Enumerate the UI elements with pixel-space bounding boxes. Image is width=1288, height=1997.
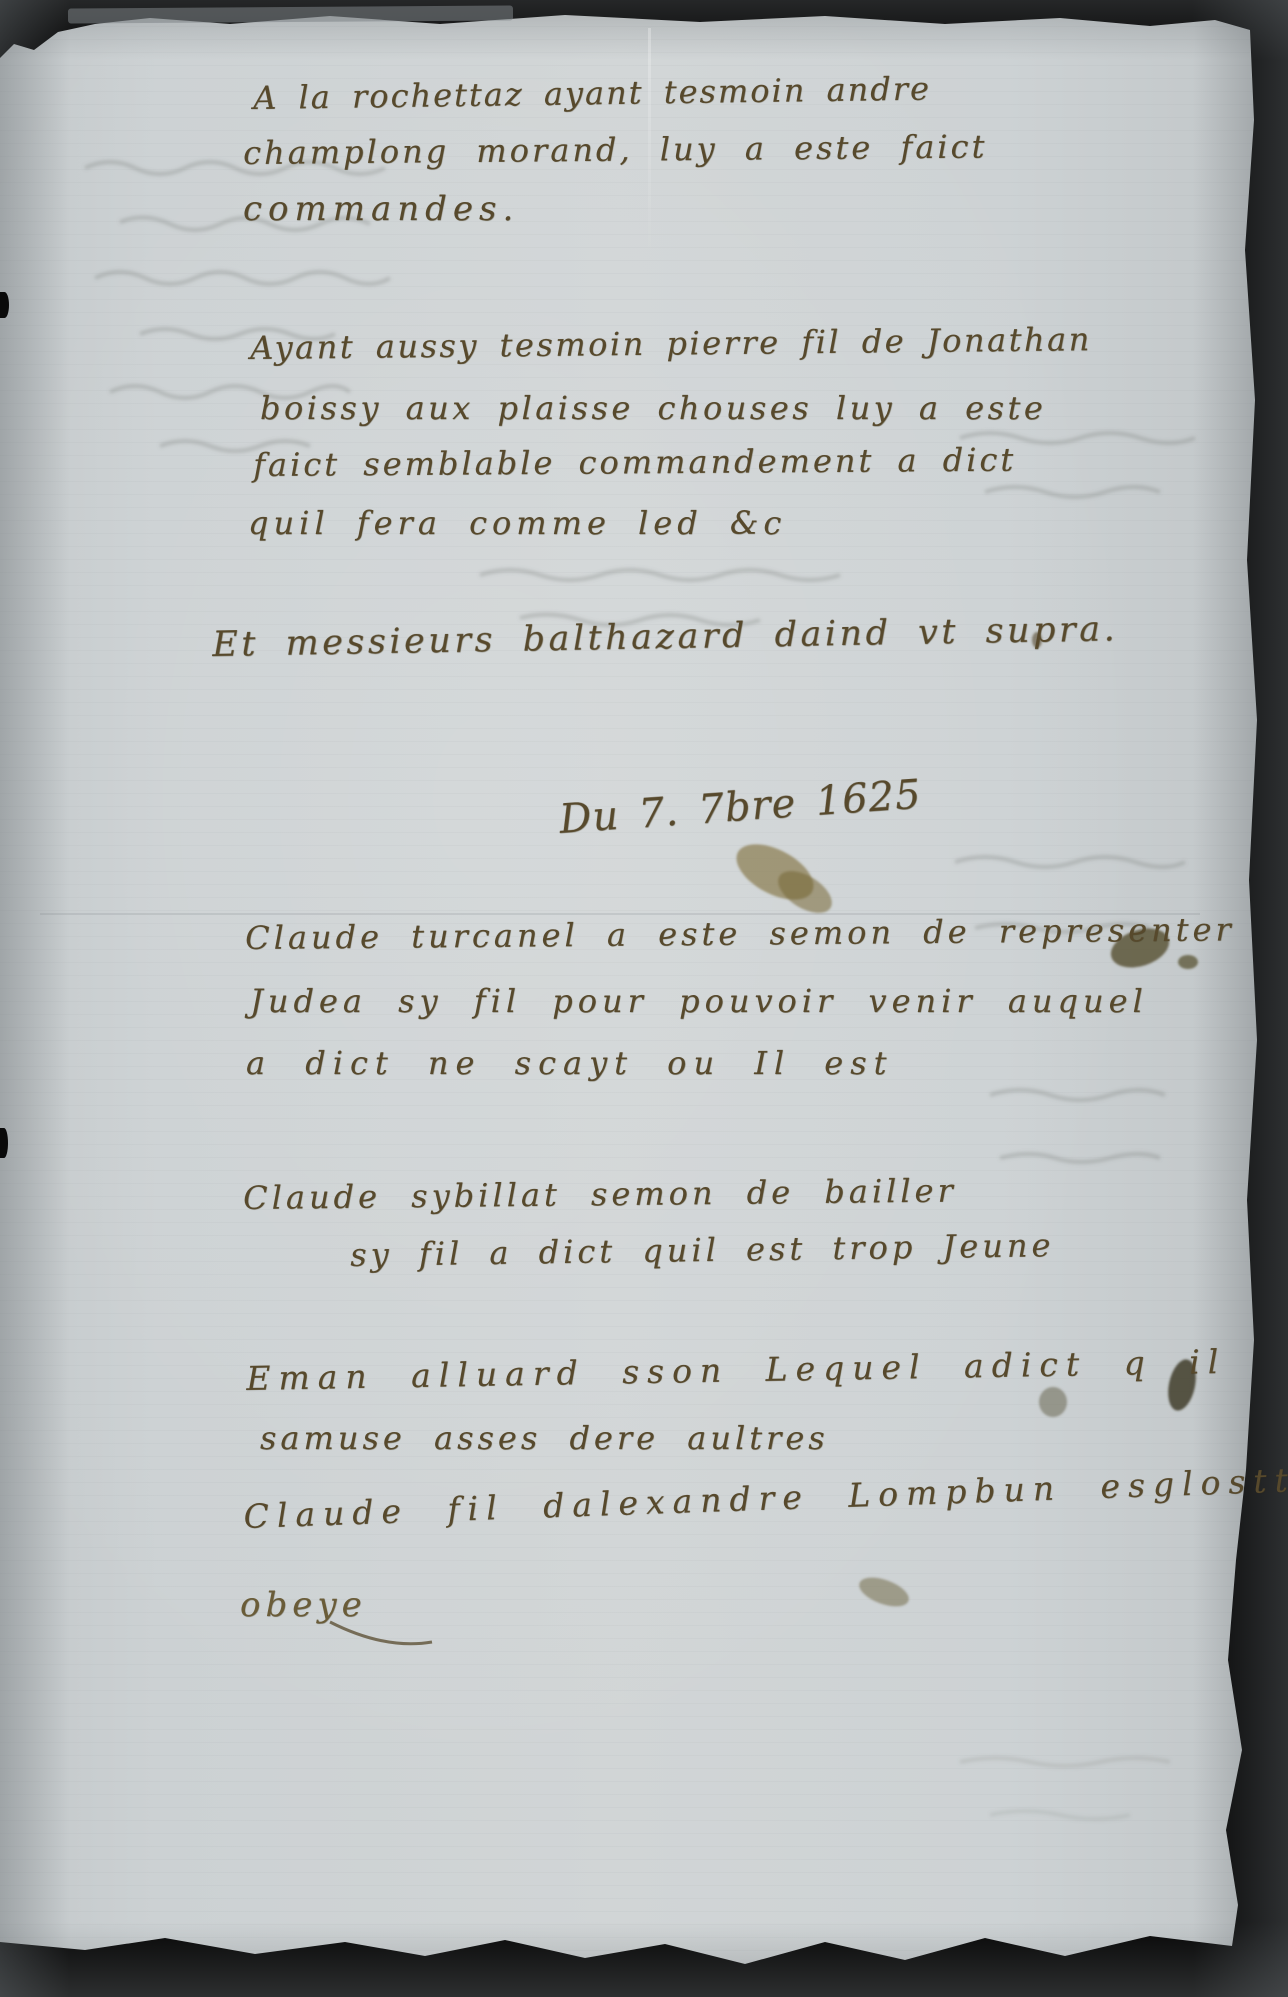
manuscript-line: Claude sybillat semon de bailler [243,1175,957,1214]
manuscript-line: boissy aux plaisse chouses luy a este [260,392,1046,424]
underlying-leaf-edge [68,5,513,23]
manuscript-line: samuse asses dere aultres [260,1422,829,1454]
manuscript-line: Judea sy fil pour pouvoir venir auquel [250,985,1148,1017]
manuscript-line: A la rochettaz ayant tesmoin andre [253,73,931,114]
binding-notch [0,292,9,318]
manuscript-line: Ayant aussy tesmoin pierre fil de Jonath… [250,323,1092,364]
photographed-manuscript: A la rochettaz ayant tesmoin andre champ… [0,0,1288,1997]
manuscript-line: a dict ne scayt ou Il est [246,1047,893,1079]
manuscript-line: obeye [240,1588,367,1622]
manuscript-line: Claude turcanel a este semon de represen… [245,913,1235,954]
manuscript-line: champlong morand, luy a este faict [243,131,987,169]
manuscript-line: commandes. [243,192,519,226]
manuscript-line: quil fera comme led &c [248,507,786,539]
binding-notch [0,1128,8,1158]
manuscript-line: sy fil a dict quil est trop Jeune [350,1229,1055,1271]
manuscript-line: faict semblable commandement a dict [253,444,1016,481]
